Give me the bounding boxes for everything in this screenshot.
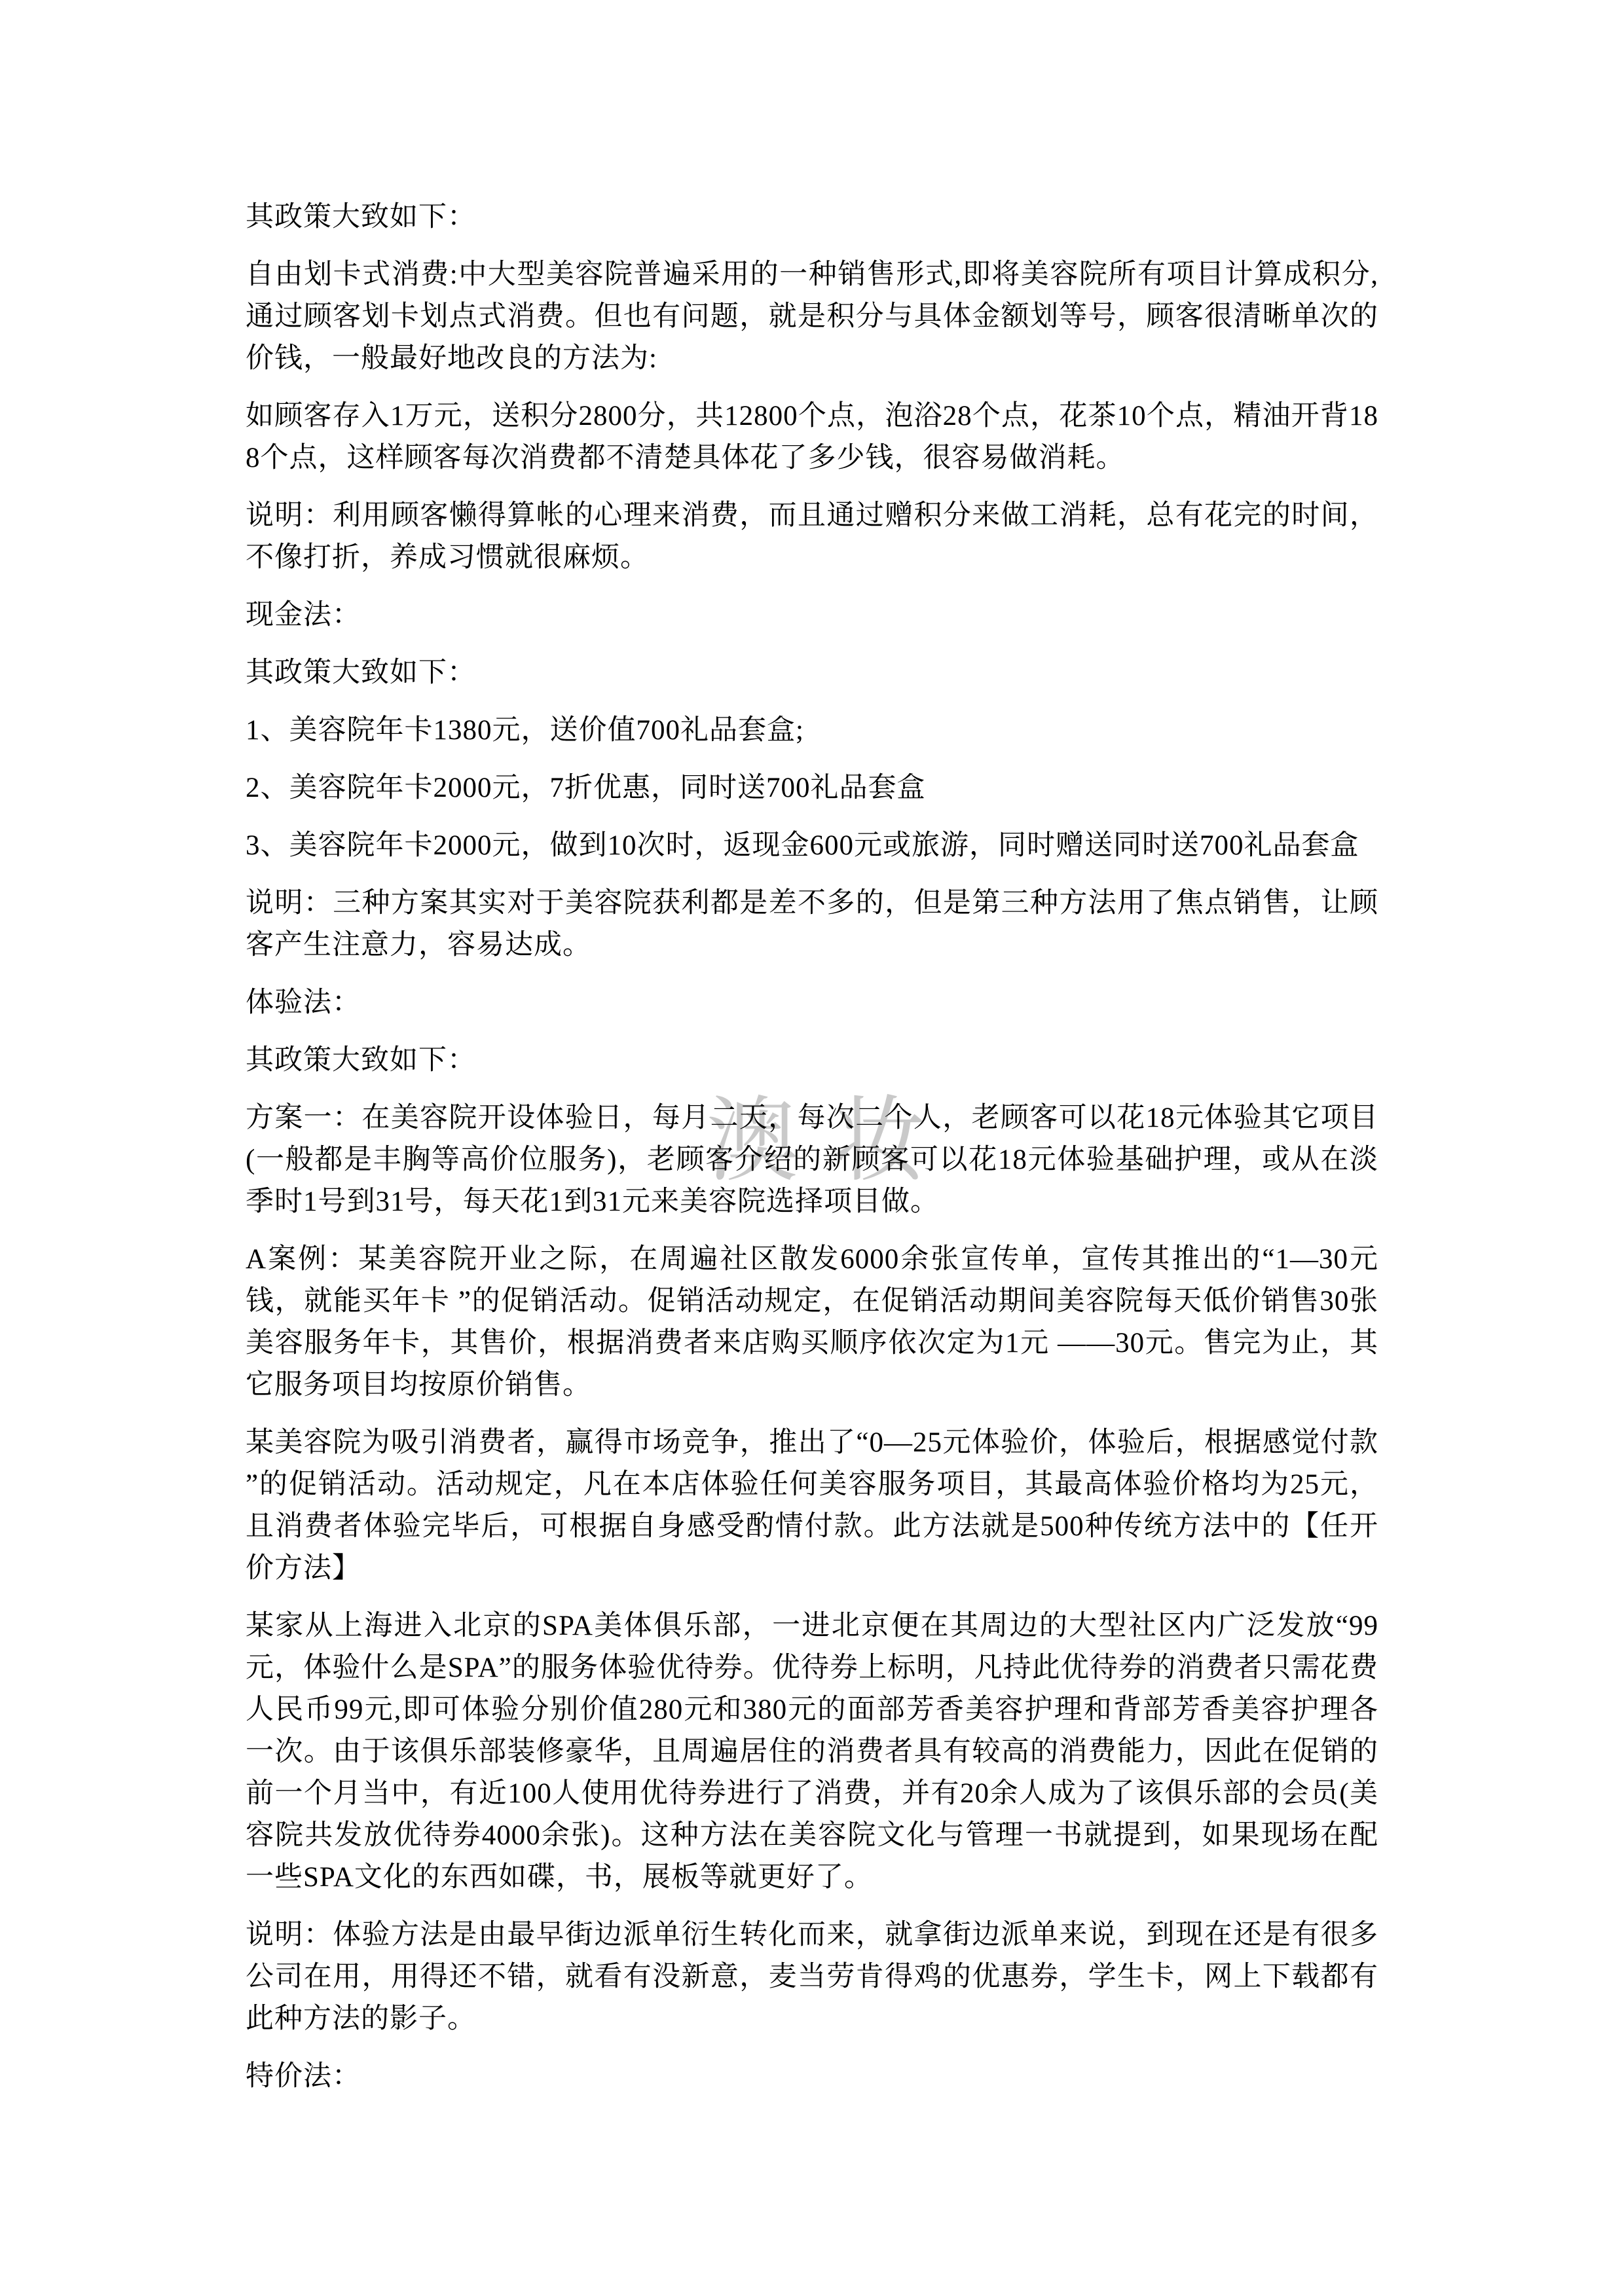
paragraph: 其政策大致如下： <box>246 652 1378 694</box>
paragraph: 自由划卡式消费:中大型美容院普遍采用的一种销售形式,即将美容院所有项目计算成积分… <box>246 254 1378 380</box>
paragraph: 其政策大致如下： <box>246 1040 1378 1082</box>
paragraph: 说明：体验方法是由最早街边派单衍生转化而来，就拿街边派单来说，到现在还是有很多公… <box>246 1914 1378 2040</box>
paragraph: 特价法： <box>246 2056 1378 2098</box>
paragraph: 如顾客存入1万元，送积分2800分，共12800个点，泡浴28个点，花茶10个点… <box>246 395 1378 479</box>
document-page: 澳妆 其政策大致如下： 自由划卡式消费:中大型美容院普遍采用的一种销售形式,即将… <box>0 0 1624 2296</box>
paragraph: 体验法： <box>246 982 1378 1024</box>
paragraph: 说明：利用顾客懒得算帐的心理来消费，而且通过赠积分来做工消耗，总有花完的时间，不… <box>246 495 1378 579</box>
paragraph: 说明：三种方案其实对于美容院获利都是差不多的，但是第三种方法用了焦点销售，让顾客… <box>246 883 1378 966</box>
document-body: 其政策大致如下： 自由划卡式消费:中大型美容院普遍采用的一种销售形式,即将美容院… <box>246 196 1378 2113</box>
paragraph: 其政策大致如下： <box>246 196 1378 238</box>
paragraph: 某美容院为吸引消费者，赢得市场竞争，推出了“0—25元体验价，体验后，根据感觉付… <box>246 1422 1378 1590</box>
paragraph: 方案一：在美容院开设体验日，每月二天，每次二个人，老顾客可以花18元体验其它项目… <box>246 1097 1378 1223</box>
paragraph: 现金法： <box>246 594 1378 636</box>
paragraph: 2、美容院年卡2000元，7折优惠，同时送700礼品套盒 <box>246 767 1378 809</box>
paragraph: 1、美容院年卡1380元，送价值700礼品套盒; <box>246 710 1378 752</box>
paragraph: 某家从上海进入北京的SPA美体俱乐部，一进北京便在其周边的大型社区内广泛发放“9… <box>246 1605 1378 1899</box>
paragraph: 3、美容院年卡2000元，做到10次时，返现金600元或旅游，同时赠送同时送70… <box>246 825 1378 867</box>
paragraph: A案例：某美容院开业之际，在周遍社区散发6000余张宣传单，宣传其推出的“1—3… <box>246 1239 1378 1406</box>
